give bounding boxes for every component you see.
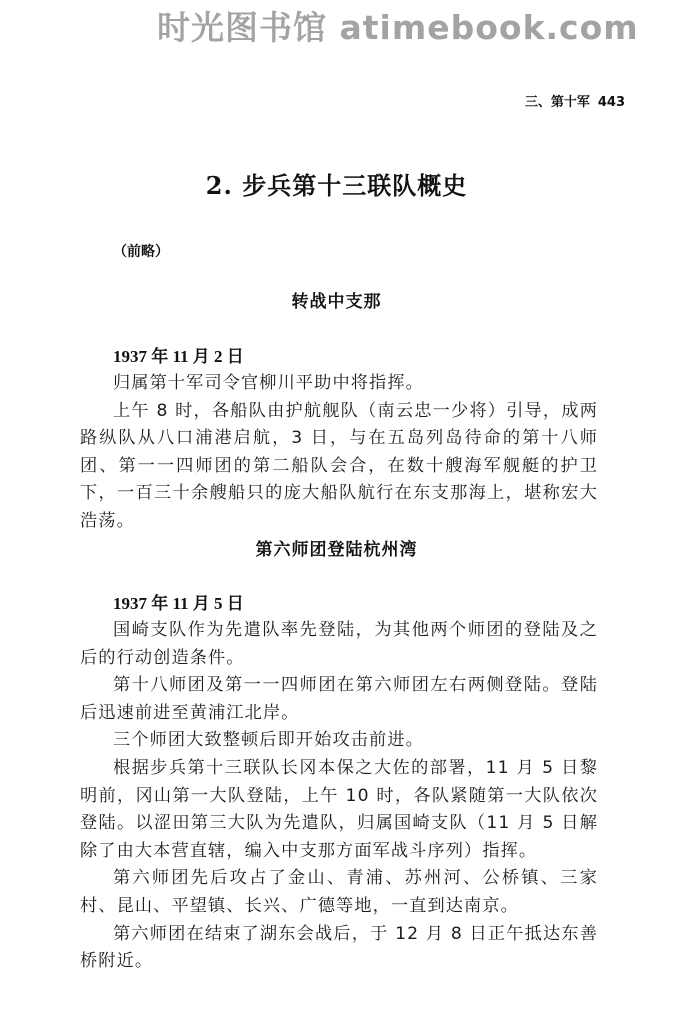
omitted-note: （前略） bbox=[113, 242, 169, 262]
entry-date: 1937 年 11 月 5 日 bbox=[80, 590, 598, 617]
paragraph: 国崎支队作为先遣队率先登陆，为其他两个师团的登陆及之后的行动创造条件。 bbox=[80, 617, 598, 672]
running-header: 三、第十军443 bbox=[525, 94, 625, 112]
dated-entry: 1937 年 11 月 2 日 归属第十军司令官柳川平助中将指挥。 上午 8 时… bbox=[80, 343, 598, 536]
paragraph: 第六师团在结束了湖东会战后，于 12 月 8 日正午抵达东善桥附近。 bbox=[80, 921, 598, 976]
section-heading: 转战中支那 bbox=[0, 290, 673, 314]
chapter-title: 2. 步兵第十三联队概史 bbox=[0, 170, 673, 202]
entry-date: 1937 年 11 月 2 日 bbox=[80, 343, 598, 370]
paragraph: 第六师团先后攻占了金山、青浦、苏州河、公桥镇、三家村、昆山、平望镇、长兴、广德等… bbox=[80, 865, 598, 920]
paragraph: 第十八师团及第一一四师团在第六师团左右两侧登陆。登陆后迅速前进至黄浦江北岸。 bbox=[80, 672, 598, 727]
paragraph: 上午 8 时，各船队由护航舰队（南云忠一少将）引导，成两路纵队从八口浦港启航，3… bbox=[80, 398, 598, 536]
page-number: 443 bbox=[598, 95, 625, 110]
paragraph: 根据步兵第十三联队长冈本保之大佐的部署，11 月 5 日黎明前，冈山第一大队登陆… bbox=[80, 755, 598, 865]
section-heading: 第六师团登陆杭州湾 bbox=[0, 538, 673, 562]
watermark-text: 时光图书馆 atimebook.com bbox=[157, 6, 669, 50]
dated-entry: 1937 年 11 月 5 日 国崎支队作为先遣队率先登陆，为其他两个师团的登陆… bbox=[80, 590, 598, 976]
paragraph: 三个师团大致整顿后即开始攻击前进。 bbox=[80, 727, 598, 755]
running-header-section: 三、第十军 bbox=[525, 95, 590, 110]
paragraph: 归属第十军司令官柳川平助中将指挥。 bbox=[80, 370, 598, 398]
